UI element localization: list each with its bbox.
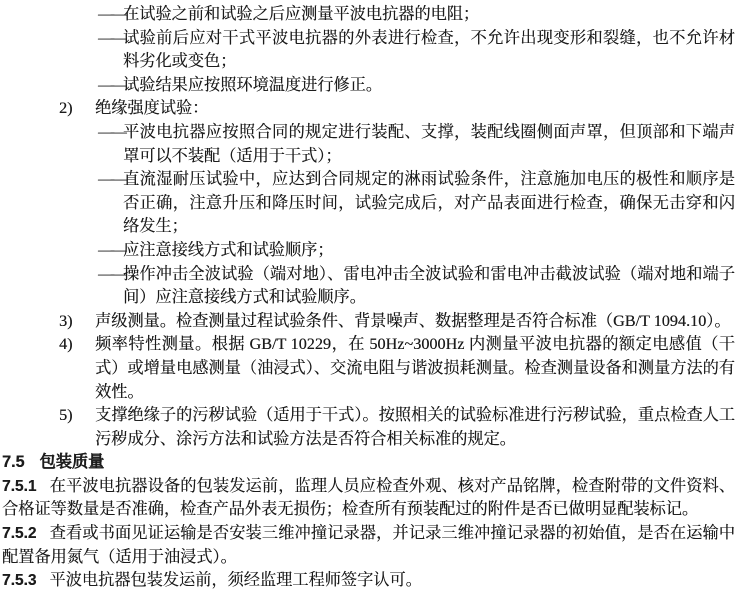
- numbered-item: 3) 声级测量。检查测量过程试验条件、背景噪声、数据整理是否符合标准（GB/T …: [2, 310, 735, 334]
- clause-text: 平波电抗器包装发运前，须经监理工程师签字认可。: [49, 571, 421, 589]
- item-text: 支撑绝缘子的污秽试验（适用于干式）。按照相关的试验标准进行污秽试验，重点检查人工…: [95, 406, 735, 448]
- dash-marker: ——: [98, 263, 123, 287]
- clause-text: 在平波电抗器设备的包装发运前，监理人员应检查外观、核对产品铭牌，检查附带的文件资…: [2, 477, 735, 519]
- clause-number: 7.5.2: [2, 525, 36, 542]
- dash-item-text: 在试验之前和试验之后应测量平波电抗器的电阻；: [123, 5, 479, 23]
- dash-marker: ——: [98, 121, 123, 145]
- clause: 7.5.1在平波电抗器设备的包装发运前，监理人员应检查外观、核对产品铭牌，检查附…: [2, 475, 735, 522]
- dash-item: —— 应注意接线方式和试验顺序；: [2, 239, 735, 263]
- dash-marker: ——: [98, 27, 123, 51]
- section-title: 包装质量: [40, 453, 105, 471]
- dash-item: —— 在试验之前和试验之后应测量平波电抗器的电阻；: [2, 3, 735, 27]
- dash-item-text: 试验结果应按照环境温度进行修正。: [123, 76, 382, 94]
- clause: 7.5.3平波电抗器包装发运前，须经监理工程师签字认可。: [2, 569, 735, 591]
- dash-item-text: 试验前后应对干式平波电抗器的外表进行检查，不允许出现变形和裂缝，也不允许材料劣化…: [123, 29, 735, 71]
- numbered-item-row: 2) 绝缘强度试验：: [2, 97, 735, 121]
- numbered-item: 5) 支撑绝缘子的污秽试验（适用于干式）。按照相关的试验标准进行污秽试验，重点检…: [2, 404, 735, 451]
- document-page: —— 在试验之前和试验之后应测量平波电抗器的电阻； —— 试验前后应对干式平波电…: [0, 0, 739, 591]
- dash-item: —— 直流湿耐压试验中，应达到合同规定的淋雨试验条件，注意施加电压的极性和顺序是…: [2, 168, 735, 239]
- item-number: 4): [59, 333, 72, 357]
- section-heading: 7.5包装质量: [2, 451, 735, 475]
- numbered-item: 2) 绝缘强度试验： —— 平波电抗器应按照合同的规定进行装配、支撑，装配线圈侧…: [2, 97, 735, 309]
- item-text: 频率特性测量。根据 GB/T 10229，在 50Hz~3000Hz 内测量平波…: [95, 335, 735, 400]
- clause-number: 7.5.1: [2, 478, 36, 495]
- section-number: 7.5: [2, 453, 25, 471]
- clause-text: 查看或书面见证运输是否安装三维冲撞记录器，并记录三维冲撞记录器的初始值，是否在运…: [2, 524, 735, 566]
- dash-marker: ——: [98, 239, 123, 263]
- dash-item: —— 试验结果应按照环境温度进行修正。: [2, 74, 735, 98]
- dash-marker: ——: [98, 74, 123, 98]
- numbered-item: 4) 频率特性测量。根据 GB/T 10229，在 50Hz~3000Hz 内测…: [2, 333, 735, 404]
- item-text: 绝缘强度试验：: [95, 99, 208, 117]
- dash-marker: ——: [98, 3, 123, 27]
- dash-item: —— 操作冲击全波试验（端对地）、雷电冲击全波试验和雷电冲击截波试验（端对地和端…: [2, 263, 735, 310]
- dash-item-text: 平波电抗器应按照合同的规定进行装配、支撑，装配线圈侧面声罩，但顶部和下端声罩可以…: [123, 123, 735, 165]
- item-number: 2): [59, 97, 72, 121]
- item-text: 声级测量。检查测量过程试验条件、背景噪声、数据整理是否符合标准（GB/T 109…: [95, 312, 731, 330]
- dash-item-text: 直流湿耐压试验中，应达到合同规定的淋雨试验条件，注意施加电压的极性和顺序是否正确…: [123, 170, 735, 235]
- clause-number: 7.5.3: [2, 572, 36, 589]
- dash-item-text: 操作冲击全波试验（端对地）、雷电冲击全波试验和雷电冲击截波试验（端对地和端子间）…: [123, 265, 735, 307]
- item-number: 3): [59, 310, 72, 334]
- clause: 7.5.2查看或书面见证运输是否安装三维冲撞记录器，并记录三维冲撞记录器的初始值…: [2, 522, 735, 569]
- dash-marker: ——: [98, 168, 123, 192]
- item-number: 5): [59, 404, 72, 428]
- dash-item: —— 平波电抗器应按照合同的规定进行装配、支撑，装配线圈侧面声罩，但顶部和下端声…: [2, 121, 735, 168]
- dash-item: —— 试验前后应对干式平波电抗器的外表进行检查，不允许出现变形和裂缝，也不允许材…: [2, 27, 735, 74]
- dash-item-text: 应注意接线方式和试验顺序；: [123, 241, 333, 259]
